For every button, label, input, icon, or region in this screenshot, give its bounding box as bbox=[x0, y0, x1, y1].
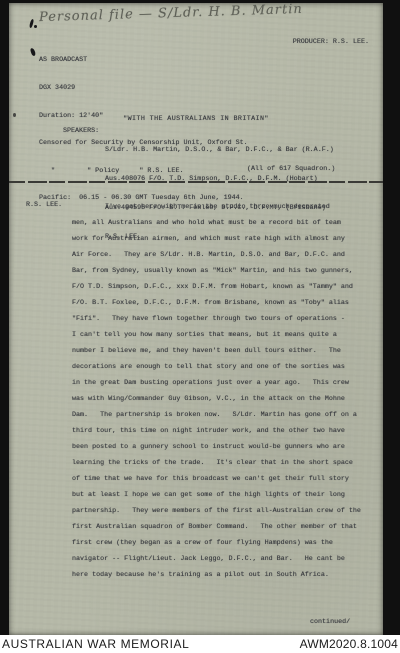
broadcast-title: "WITH THE AUSTRALIANS IN BRITAIN" bbox=[9, 115, 383, 123]
separator-line bbox=[9, 181, 383, 183]
transcript-text: I've got here with me in the studio thre… bbox=[72, 199, 372, 583]
archive-institution: AUSTRALIAN WAR MEMORIAL bbox=[2, 637, 189, 651]
speakers-label: SPEAKERS: bbox=[63, 127, 99, 135]
continued-marker: continued/ bbox=[310, 618, 350, 626]
speaker-martin: S/Ldr. H.B. Martin, D.S.O., & Bar, D.F.C… bbox=[105, 146, 334, 156]
ink-mark bbox=[34, 25, 37, 28]
speaker-simpson: Aus.408076 F/O. T.D. Simpson, D.F.C., D.… bbox=[105, 175, 334, 185]
ink-mark bbox=[30, 48, 36, 57]
as-broadcast-label: AS BROADCAST bbox=[39, 56, 248, 65]
archive-caption-bar: AUSTRALIAN WAR MEMORIAL AWM2020.8.1004 bbox=[0, 635, 400, 653]
handwritten-annotation: Personal file — S/Ldr. H. B. Martin bbox=[39, 2, 303, 25]
body-speaker-label: R.S. LEE. bbox=[26, 201, 62, 209]
producer-credit: PRODUCER: R.S. LEE. bbox=[293, 38, 369, 46]
document-page: Personal file — S/Ldr. H. B. Martin AS B… bbox=[9, 3, 383, 637]
reference-number: DGX 34029 bbox=[39, 84, 248, 93]
archive-id: AWM2020.8.1004 bbox=[300, 637, 398, 651]
squadron-note: (All of 617 Squadron.) bbox=[247, 165, 335, 173]
